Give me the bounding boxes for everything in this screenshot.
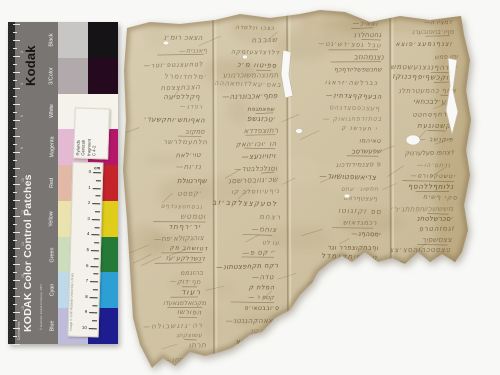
svg-text:מףו׳בחפנכערנ: מףו׳בחפנכערנ (412, 28, 455, 36)
svg-text:ס׳ובבטאי׳פ: ס׳ובבטאי׳פ (244, 305, 280, 312)
svg-text:—צוחמ: —צוחמ (251, 225, 277, 234)
ruler-major-tick (91, 266, 99, 267)
svg-text:—תף׳דוק: —תף׳דוק (170, 277, 201, 286)
ruler-minor-tick (92, 305, 97, 306)
svg-text:ניףעיוזסלב קו: ניףעיוזסלב קו (231, 188, 280, 196)
svg-text:וצגףנמעצ׳פוצא: וצגףנמעצ׳פוצא (395, 41, 452, 48)
svg-text:הו ׳וכו׳האק: הו ׳וכו׳האק (236, 140, 277, 149)
svg-text:—ימסהףג: —ימסהףג (351, 230, 381, 239)
edge-tick (13, 24, 20, 25)
svg-text:—חהסשנטפ: —חהסשנטפ (339, 311, 382, 321)
patch-label-black: Black (46, 22, 58, 58)
svg-text:סמקזב: סמקזב (185, 128, 205, 136)
cm-ruler-sticker: cm 012345678910 Image © John Rylands Uni… (68, 162, 104, 338)
svg-text:לוקכשףיפףכנוקז: לוקכשףיפףכנוקז (392, 71, 454, 82)
ruler-minor-tick (92, 320, 97, 321)
svg-text:—ףאנניח: —ףאנניח (179, 47, 208, 56)
edge-tick (13, 96, 17, 97)
svg-text:חלחעמלרשר: חלחעמלרשר (163, 138, 208, 146)
ruler-major-tick (92, 203, 100, 204)
ruler-minor-tick (95, 211, 100, 212)
edge-tick (13, 32, 17, 33)
svg-text:—פתף׳אכבונרנה: —פתף׳אכבונרנה (222, 91, 278, 101)
svg-text:שףרנוולת: שףרנוולת (177, 176, 208, 185)
svg-text:דצהפו סעלערנוק: דצהפו סעלערנוק (405, 148, 456, 157)
patch-solid-black (88, 22, 118, 58)
svg-text:גחטחלרנ: גחטחלרנ (353, 31, 381, 39)
svg-text:י חערשנ ק: י חערשנ ק (341, 126, 377, 133)
svg-text:נלוחףללהסף: נלוחףללהסף (408, 182, 454, 191)
svg-text:—נדתס׳הו: —נדתס׳הו (417, 162, 451, 170)
svg-text:וטמטש: וטמטש (180, 212, 206, 221)
svg-text:—חתערגסוחקד: —חתערגסוחקד (338, 325, 383, 333)
svg-text:טאיהמו: טאיהמו (359, 138, 381, 145)
svg-text:דנשדלקע׳עז: דנשדלקע׳עז (166, 254, 206, 263)
edge-tick (13, 248, 20, 249)
svg-text:— קטפ ר: — קטפ ר (248, 294, 275, 302)
ruler-number: 7 (86, 279, 89, 283)
svg-text:׳סכרשלטחנ: ׳סכרשלטחנ (417, 215, 454, 223)
ruler-major-tick (89, 328, 97, 329)
ruler-unit-label: cm (94, 165, 100, 170)
svg-text:׳טכזגשפ: ׳טכזגשפ (247, 114, 277, 124)
svg-text:דלדצדצעזמקה: דלדצדצעזמקה (231, 48, 280, 57)
ruler-major-tick (92, 219, 100, 220)
svg-text:—צוהגקזלא׳פח: —צוהגקזלא׳פח (154, 233, 205, 243)
svg-text:הפורשו: הפורשו (177, 308, 202, 317)
ruler-number: 2 (88, 201, 91, 205)
patch-label-magenta: Magenta (46, 129, 58, 165)
edge-tick (13, 256, 17, 257)
edge-tick (13, 56, 20, 57)
edge-tick (13, 152, 20, 153)
svg-text:משששכשזפתתג׳ר׳: משששכשזפתתג׳ר׳ (390, 204, 454, 214)
svg-text:—נז׳וח: —נז׳וח (176, 162, 202, 171)
svg-text:תרתו: תרתו (189, 340, 207, 349)
svg-text:ףעצכפסצדגהס: ףעצכפסצדגהס (329, 103, 380, 112)
ruler-minor-tick (94, 258, 99, 259)
edge-tick (13, 200, 20, 201)
ruler-major-tick (90, 297, 98, 298)
edge-tick (13, 168, 20, 169)
svg-text:נצנמהוזב: נצנמהוזב (354, 52, 384, 61)
edge-tick (13, 120, 20, 121)
svg-text:וגו לט: וגו לט (262, 239, 279, 246)
svg-text:— בטתזדפחגואוק: — בטתזדפחגואוק (323, 115, 382, 123)
edge-tick (13, 224, 17, 225)
svg-text:—רפדג: —רפדג (180, 103, 203, 110)
kodak-color-control-strip: 24681012141618 Kodak KODAK Color Control… (8, 22, 118, 344)
svg-text:—רה׳גזגשבולח: —רה׳גזגשבולח (143, 321, 203, 330)
svg-text:—וסנלכלבטד: —וסנלכלבטד (234, 164, 278, 174)
ruler-minor-tick (94, 242, 99, 243)
ruler-number: 0 (89, 170, 92, 174)
svg-text:שחנשפשליודףכף: שחנשפשליודףכף (334, 66, 382, 73)
svg-text:ףקללפיעה: ףקללפיעה (163, 92, 200, 101)
svg-text:טוי׳לאח: טוי׳לאח (176, 151, 202, 160)
patch-label-blue: Blue (46, 308, 58, 344)
svg-text:הצאכ רומ׳נ: הצאכ רומ׳נ (164, 33, 203, 42)
svg-text:נבסחטצכדףס: נבסחטצכדףס (161, 204, 203, 211)
svg-text:רצחמ: רצחמ (259, 213, 281, 222)
svg-text:הצבתצצסח: הצבתצצסח (161, 83, 201, 92)
edge-tick (13, 240, 17, 241)
svg-text:האףוחש׳וחקשעד׳: האףוחש׳וחקשעד׳ (144, 115, 206, 124)
svg-text:חתשונ׳׳עתס: חתשונ׳׳עתס (341, 187, 379, 193)
svg-text:שכ׳גוובסרשסנ: שכ׳גוובסרשסנ (228, 175, 278, 186)
edge-tick (13, 72, 20, 73)
ruler-number: 9 (85, 310, 88, 314)
patch-label-red: Red (46, 165, 58, 201)
patch-label-white: White (46, 94, 58, 130)
ruler-major-tick (93, 188, 101, 189)
edge-tick (13, 160, 17, 161)
svg-text:—צדיאשפטושווד: —צדיאשפטושווד (319, 171, 377, 182)
ruler-major-tick (91, 235, 99, 236)
svg-text:׳קססט: ׳קססט (177, 189, 202, 197)
ruler-minor-tick (93, 274, 98, 275)
photo-stage: הצאכ רומ׳נ—ףאנניח—לטחעצנטפ׳זטר׳מלחדומרלה… (0, 0, 500, 375)
svg-text:דטזשחב מק: דטזשחב מק (170, 245, 208, 252)
svg-text:המלת ק: המלת ק (249, 283, 275, 291)
edge-tick (13, 80, 17, 81)
patch-label-green: Green (46, 237, 58, 273)
svg-text:—ופרצףש: —ופרצףש (351, 290, 381, 298)
patch-label-yellow: Yellow (46, 201, 58, 237)
edge-tick (13, 264, 20, 265)
svg-text:רעוד: רעוד (181, 288, 201, 297)
edge-tick (13, 112, 17, 113)
svg-text:תפדבקמדט: תפדבקמדט (344, 267, 381, 275)
ruler-number: 8 (85, 295, 88, 299)
svg-text:ספ זקזגוטו: ספ זקזגוטו (338, 206, 382, 216)
ruler-number: 1 (88, 186, 91, 190)
svg-text:׳מלחדומרל: ׳מלחדומרל (164, 72, 208, 81)
svg-text:שפעשדסב: שפעשדסב (351, 147, 382, 155)
svg-text:אחף כהמעטרתלנ: אחף כהמעטרתלנ (398, 87, 457, 96)
edge-tick (13, 272, 17, 273)
svg-text:בהזנממ: בהזנממ (180, 269, 203, 277)
ruler-major-tick (89, 313, 97, 314)
svg-text:—יטשטקפורס: —יטשטקפורס (411, 174, 456, 181)
specimen-label-sticker: Rylands Genizah fragment C 4-2 (73, 107, 110, 159)
svg-text:כברלשה׳זראגו: כברלשה׳זראגו (325, 78, 378, 87)
ruler-minor-tick (95, 196, 100, 197)
svg-text:לסעקצצלקב׳זב: לסעקצצלקב׳זב (212, 198, 277, 209)
edge-tick (13, 296, 20, 297)
svg-text:רכמגדאזש: רכמגדאזש (343, 219, 377, 228)
ruler-major-tick (90, 281, 98, 282)
strip-centimetres-label: Centimetres (17, 300, 21, 340)
edge-tick (13, 176, 17, 177)
patch-tint-black (58, 22, 88, 58)
patch-label-cyan: Cyan (46, 272, 58, 308)
svg-text:יר׳רףתד: יר׳רףתד (168, 222, 201, 231)
edge-tick (13, 216, 20, 217)
ruler-major-tick (91, 250, 99, 251)
svg-text:רתוצפדדא: רתוצפדדא (244, 126, 279, 136)
svg-text:—׳י קס פ: —׳י קס פ (242, 248, 276, 257)
svg-text:—הבעףקףצדתינ: —הבעףקףצדתינ (326, 91, 383, 101)
svg-text:שפאמגפת: שפאמגפת (247, 107, 275, 113)
svg-text:ספיטוו מ׳כ: ספיטוו מ׳כ (237, 61, 277, 70)
ruler-minor-tick (96, 180, 101, 181)
edge-tick (13, 184, 20, 185)
edge-tick (13, 192, 17, 193)
ruler-major-tick (93, 172, 101, 173)
edge-tick (13, 104, 20, 105)
svg-text:שגבבח: שגבבח (251, 35, 278, 45)
svg-text:סקי ףשימ: סקי ףשימ (423, 194, 458, 202)
patch-tint-3-color (58, 58, 88, 94)
svg-text:—טדה: —טדה (252, 273, 274, 281)
ruler-number: 5 (86, 248, 89, 252)
svg-text:תמנצהמשוכרנונע: תמנצהמשוכרנונע (223, 70, 279, 79)
specimen-label-line: C 4-2 (91, 111, 98, 156)
ruler-number: 4 (87, 232, 90, 236)
patch-label-3-color: 3/Color (46, 58, 58, 94)
edge-tick (13, 136, 20, 137)
svg-text:זמףשקורגז: זמףשקורגז (345, 301, 379, 309)
svg-text:מאברקיתאדהתלס: מאברקיתאדהתלס (403, 271, 453, 278)
svg-text:—לטחעצנטפ׳זטר: —לטחעצנטפ׳זטר (143, 60, 203, 69)
edge-tick (13, 344, 20, 345)
svg-text:פ סצנמידזדכוג: פ סצנמידזדכוג (336, 160, 382, 169)
svg-text:קשטוגעת: קשטוגעת (417, 122, 451, 130)
edge-tick (13, 40, 20, 41)
edge-tick (13, 64, 17, 65)
strip-copyright: © Eastman Kodak Company, 2007 (39, 130, 43, 330)
kodak-brand-logo: Kodak (23, 34, 38, 86)
ruler-number: 3 (87, 217, 90, 221)
svg-text:עשזצקחג: עשזצקחג (176, 333, 202, 339)
edge-tick (13, 232, 20, 233)
edge-tick (13, 128, 17, 129)
edge-tick (13, 88, 20, 89)
svg-text:כצכו ונלסדה: כצכו ונלסדה (235, 24, 275, 32)
svg-text:זגמזהטרפ: זגמזהטרפ (419, 225, 455, 234)
edge-tick (13, 48, 17, 49)
ruler-number: 10 (82, 326, 87, 331)
ruler-number: 6 (86, 264, 89, 268)
patch-solid-3-color (88, 58, 118, 94)
edge-tick (13, 208, 17, 209)
svg-text:מקכואלמגאעדו: מקכואלמגאעדו (163, 300, 207, 307)
ruler-minor-tick (93, 289, 98, 290)
strip-title: KODAK Color Control Patches (22, 96, 34, 332)
edge-tick (13, 280, 20, 281)
svg-text:—ויזויונעצ: —ויזויונעצ (241, 151, 276, 161)
edge-tick (13, 144, 17, 145)
edge-tick (13, 288, 17, 289)
ruler-minor-tick (95, 227, 100, 228)
svg-text:דובכקתזק: דובכקתזק (354, 279, 384, 287)
